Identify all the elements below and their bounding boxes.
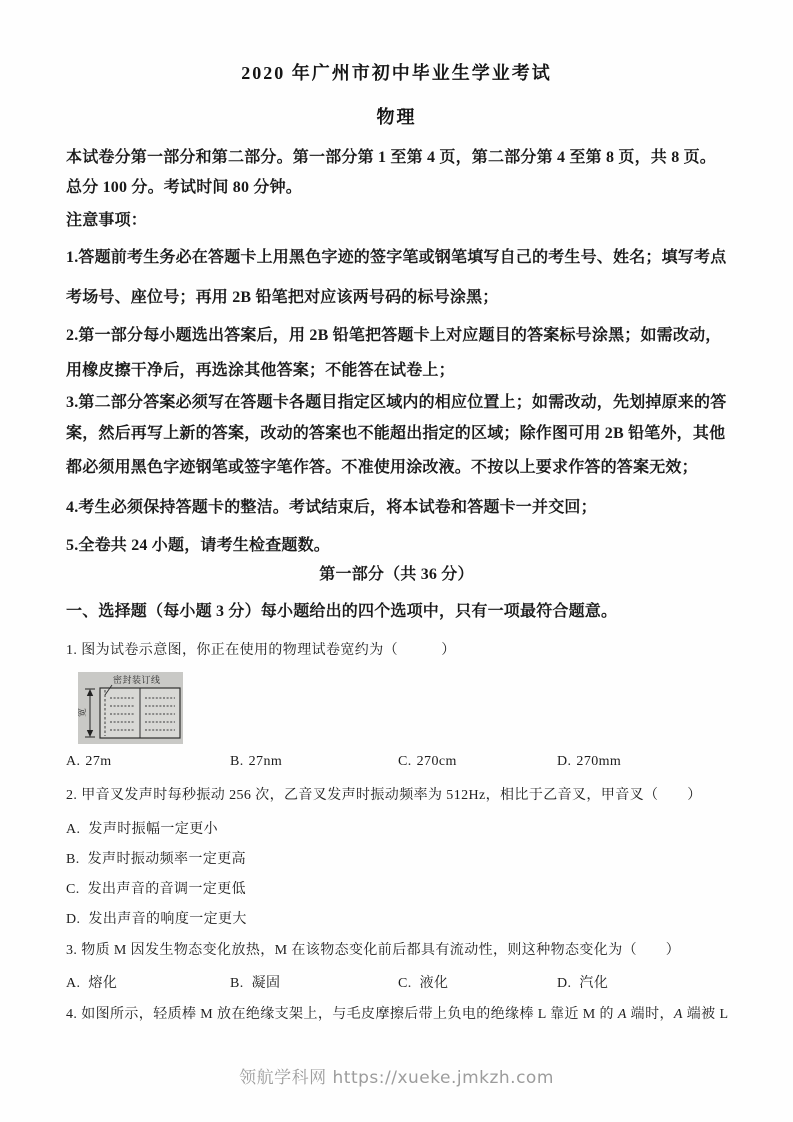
exam-subject: 物理 <box>0 106 793 128</box>
exam-title: 2020 年广州市初中毕业生学业考试 <box>0 62 793 84</box>
point-a-italic: A <box>674 1007 683 1022</box>
section-instruction: 一、选择题（每小题 3 分）每小题给出的四个选项中，只有一项最符合题意。 <box>66 601 735 623</box>
question-2-option-d: D.发出声音的响度一定更大 <box>66 909 735 931</box>
notice-3-line-1: 3.第二部分答案必须写在答题卡各题目指定区域内的相应位置上；如需改动，先划掉原来… <box>66 392 735 414</box>
question-1-option-a: A.27m <box>66 754 112 770</box>
site-watermark: 领航学科网 https://xueke.jmkzh.com <box>0 1063 793 1088</box>
notice-2-line-1: 2.第一部分每小题选出答案后，用 2B 铅笔把答题卡上对应题目的答案标号涂黑；如… <box>66 325 735 347</box>
notice-2-line-2: 用橡皮擦干净后，再选涂其他答案；不能答在试卷上； <box>66 360 735 382</box>
notice-3-line-3: 都必须用黑色字迹钢笔或签字笔作答。不准使用涂改液。不按以上要求作答的答案无效； <box>66 457 735 479</box>
question-1-option-b: B.27nm <box>230 754 282 770</box>
point-a-italic: A <box>618 1007 627 1022</box>
question-3-text: 3. 物质 M 因发生物态变化放热，M 在该物态变化前后都具有流动性，则这种物态… <box>66 940 735 962</box>
exam-paper-page: 2020 年广州市初中毕业生学业考试 物理 本试卷分第一部分和第二部分。第一部分… <box>0 0 793 1122</box>
binding-line-label: 密封装订线 <box>113 674 161 685</box>
question-3-option-c: C.液化 <box>398 972 448 992</box>
notice-1-line-2: 考场号、座位号；再用 2B 铅笔把对应该两号码的标号涂黑； <box>66 287 735 309</box>
question-1-text: 1. 图为试卷示意图，你正在使用的物理试卷宽约为（ ） <box>66 640 735 662</box>
question-3-options: A.熔化 B.凝固 C.液化 D.汽化 <box>66 972 793 992</box>
question-3-option-b: B.凝固 <box>230 972 280 992</box>
intro-line-2: 总分 100 分。考试时间 80 分钟。 <box>66 177 735 199</box>
question-2-option-c: C.发出声音的音调一定更低 <box>66 879 735 901</box>
section-heading: 第一部分（共 36 分） <box>0 564 793 586</box>
width-label: 宽 <box>78 708 87 717</box>
notice-3-line-2: 案，然后再写上新的答案，改动的答案也不能超出指定的区域；除作图可用 2B 铅笔外… <box>66 423 735 445</box>
notice-heading: 注意事项： <box>66 210 735 232</box>
question-1-option-c: C.270cm <box>398 754 457 770</box>
notice-4-line-1: 4.考生必须保持答题卡的整洁。考试结束后，将本试卷和答题卡一并交回； <box>66 497 735 519</box>
intro-line-1: 本试卷分第一部分和第二部分。第一部分第 1 至第 4 页，第二部分第 4 至第 … <box>66 147 735 169</box>
notice-5-line-1: 5.全卷共 24 小题，请考生检查题数。 <box>66 535 735 557</box>
question-2-text: 2. 甲音叉发声时每秒振动 256 次，乙音叉发声时振动频率为 512Hz，相比… <box>66 785 735 807</box>
question-2-option-b: B.发声时振动频率一定更高 <box>66 849 735 871</box>
question-2-option-a: A.发声时振幅一定更小 <box>66 819 735 841</box>
question-1-options: A.27m B.27nm C.270cm D.270mm <box>66 754 793 774</box>
question-1-exam-paper-figure: 宽 密封装订线 <box>78 672 183 744</box>
notice-1-line-1: 1.答题前考生务必在答题卡上用黑色字迹的签字笔或钢笔填写自己的考生号、姓名；填写… <box>66 247 735 269</box>
question-3-option-a: A.熔化 <box>66 972 117 992</box>
question-1-option-d: D.270mm <box>557 754 621 770</box>
question-4-text: 4. 如图所示，轻质棒 M 放在绝缘支架上，与毛皮摩擦后带上负电的绝缘棒 L 靠… <box>66 1004 735 1026</box>
question-3-option-d: D.汽化 <box>557 972 608 992</box>
